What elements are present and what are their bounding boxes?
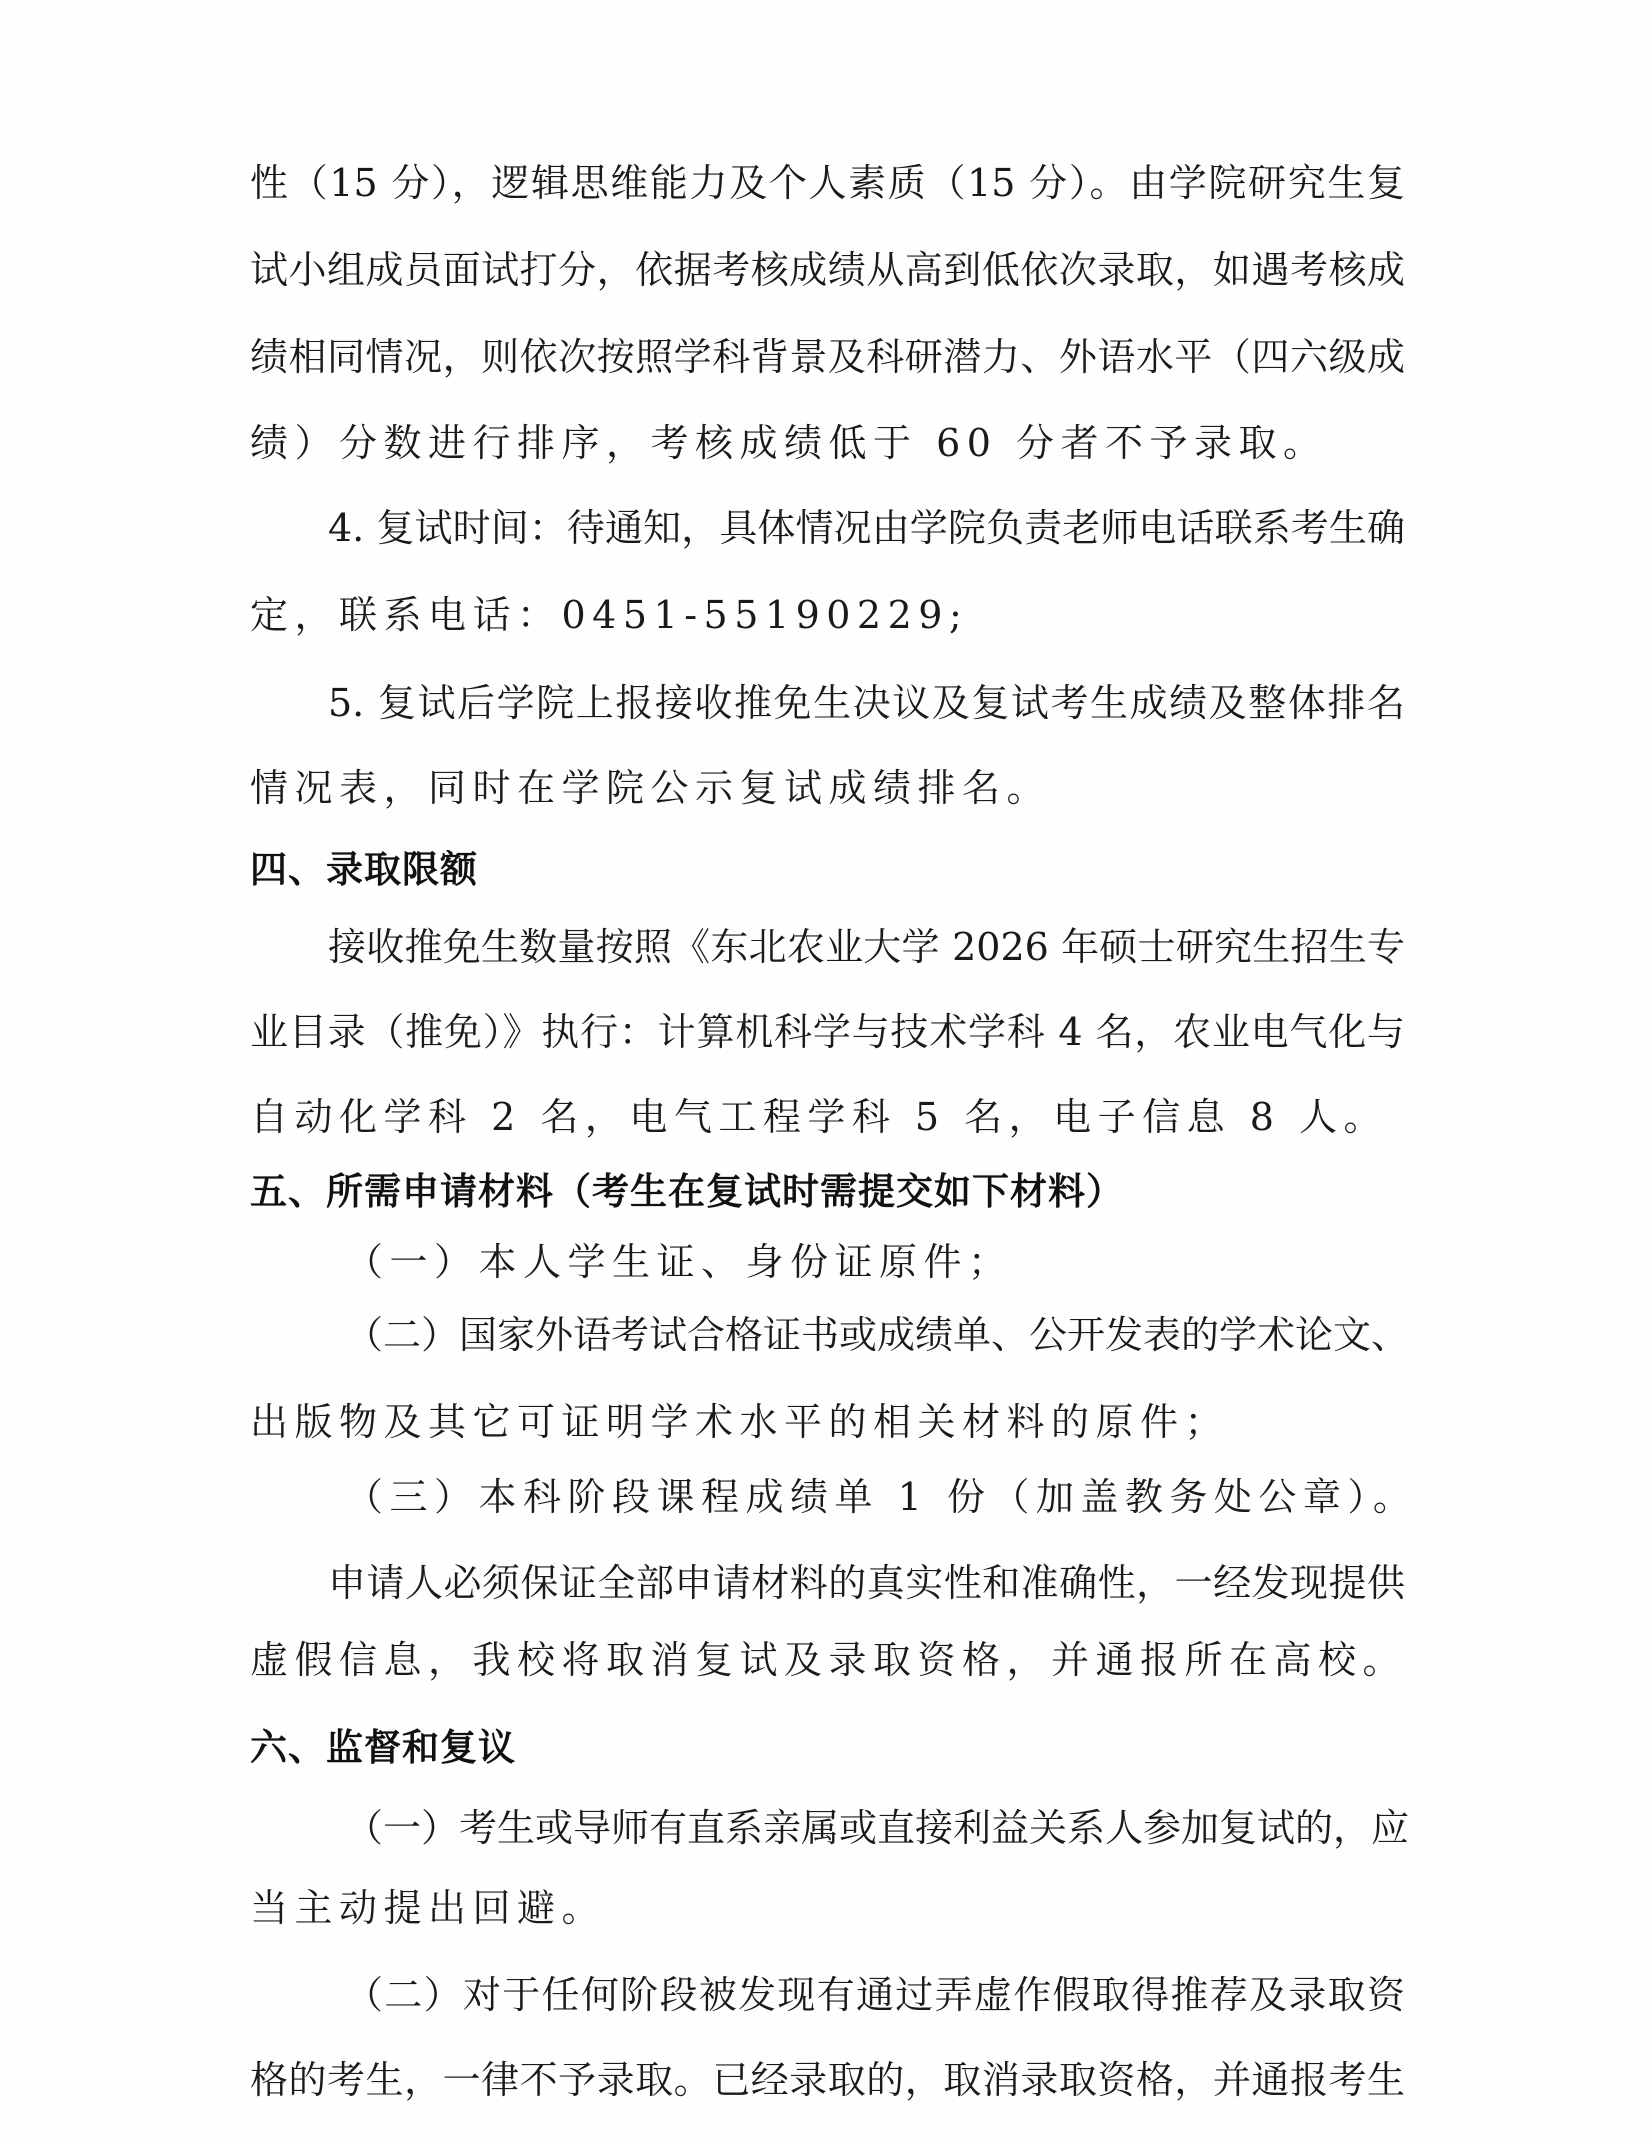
paragraph-line: （一）本人学生证、身份证原件； xyxy=(250,1232,1405,1292)
paragraph-line: 性（15 分），逻辑思维能力及个人素质（15 分）。由学院研究生复 xyxy=(250,153,1405,213)
paragraph-line: 接收推免生数量按照《东北农业大学 2026 年硕士研究生招生专 xyxy=(250,917,1405,977)
paragraph-line: （三）本科阶段课程成绩单 1 份（加盖教务处公章）。 xyxy=(250,1467,1405,1527)
paragraph-line: 5. 复试后学院上报接收推免生决议及复试考生成绩及整体排名 xyxy=(250,673,1405,733)
section-heading: 六、监督和复议 xyxy=(250,1718,1405,1778)
paragraph-line: （一）考生或导师有直系亲属或直接利益关系人参加复试的，应 xyxy=(250,1798,1405,1858)
section-heading: 五、所需申请材料（考生在复试时需提交如下材料） xyxy=(250,1162,1405,1222)
document-page: 性（15 分），逻辑思维能力及个人素质（15 分）。由学院研究生复 试小组成员面… xyxy=(0,0,1652,2138)
paragraph-line: 申请人必须保证全部申请材料的真实性和准确性，一经发现提供 xyxy=(250,1553,1405,1613)
paragraph-line: （二）对于任何阶段被发现有通过弄虚作假取得推荐及录取资 xyxy=(250,1965,1405,2025)
paragraph-line: 定，联系电话：0451-55190229; xyxy=(250,585,1405,645)
paragraph-line: 格的考生，一律不予录取。已经录取的，取消录取资格，并通报考生 xyxy=(250,2050,1405,2110)
paragraph-line: 虚假信息，我校将取消复试及录取资格，并通报所在高校。 xyxy=(250,1630,1405,1690)
paragraph-line: 4. 复试时间：待通知，具体情况由学院负责老师电话联系考生确 xyxy=(250,498,1405,558)
paragraph-line: 试小组成员面试打分，依据考核成绩从高到低依次录取，如遇考核成 xyxy=(250,240,1405,300)
paragraph-line: 当主动提出回避。 xyxy=(250,1878,1405,1938)
paragraph-line: 情况表，同时在学院公示复试成绩排名。 xyxy=(250,758,1405,818)
paragraph-line: 出版物及其它可证明学术水平的相关材料的原件； xyxy=(250,1392,1405,1452)
section-heading: 四、录取限额 xyxy=(250,840,1405,900)
paragraph-line: 绩相同情况，则依次按照学科背景及科研潜力、外语水平（四六级成 xyxy=(250,327,1405,387)
paragraph-line: （二）国家外语考试合格证书或成绩单、公开发表的学术论文、 xyxy=(250,1305,1405,1365)
paragraph-line: 自动化学科 2 名，电气工程学科 5 名，电子信息 8 人。 xyxy=(250,1087,1405,1147)
paragraph-line: 业目录（推免）》执行：计算机科学与技术学科 4 名，农业电气化与 xyxy=(250,1002,1405,1062)
paragraph-line: 绩）分数进行排序，考核成绩低于 60 分者不予录取。 xyxy=(250,413,1405,473)
